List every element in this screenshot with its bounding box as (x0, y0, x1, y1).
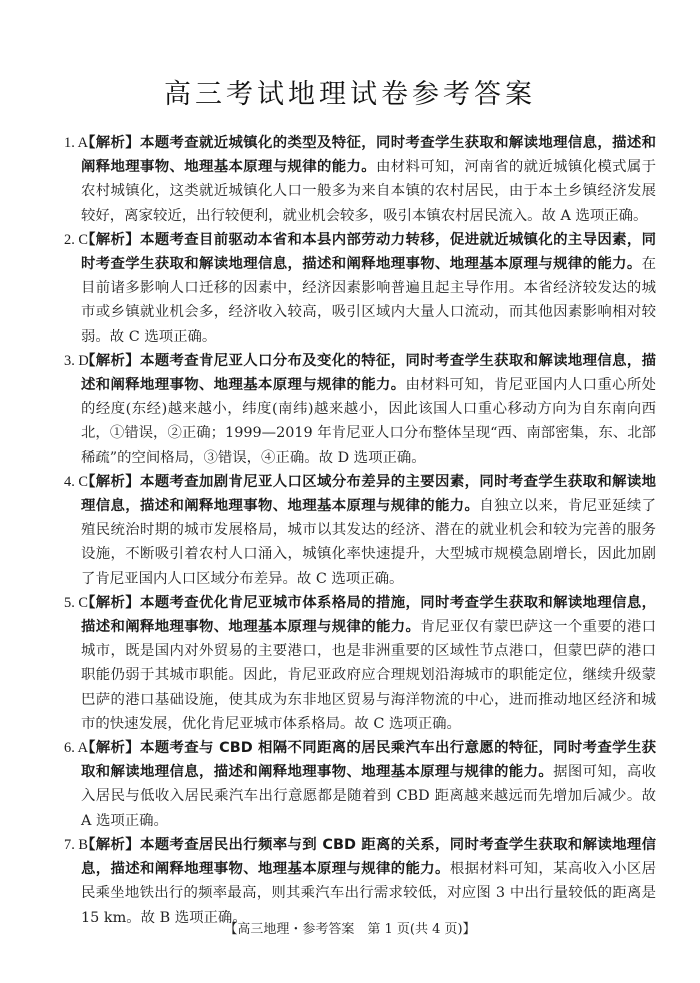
answer-number: 4. C (64, 470, 88, 494)
answer-number: 1. A (64, 131, 88, 155)
answer-item-3: 3. D 【解析】本题考查肯尼亚人口分布及变化的特征，同时考查学生获取和解读地理… (64, 349, 656, 470)
answer-number: 5. C (64, 591, 88, 615)
answer-item-4: 4. C 【解析】本题考查加剧肯尼亚人口区域分布差异的主要因素，同时考查学生获取… (64, 470, 656, 591)
answer-item-7: 7. B 【解析】本题考查居民出行频率与到 CBD 距离的关系，同时考查学生获取… (64, 833, 656, 930)
analysis-body: 肯尼亚仅有蒙巴萨这一个重要的港口城市，既是国内对外贸易的主要港口，也是非洲重要的… (81, 619, 656, 732)
answer-number: 6. A (64, 736, 88, 760)
answer-item-5: 5. C 【解析】本题考查优化肯尼亚城市体系格局的措施，同时考查学生获取和解读地… (64, 591, 656, 736)
answer-item-6: 6. A 【解析】本题考查与 CBD 相隔不同距离的居民乘汽车出行意愿的特征，同… (64, 736, 656, 833)
answer-list: 1. A 【解析】本题考查就近城镇化的类型及特征，同时考查学生获取和解读地理信息… (64, 131, 656, 930)
answer-number: 2. C (64, 228, 88, 252)
answer-item-1: 1. A 【解析】本题考查就近城镇化的类型及特征，同时考查学生获取和解读地理信息… (64, 131, 656, 228)
answer-item-2: 2. C 【解析】本题考查目前驱动本省和本县内部劳动力转移，促进就近城镇化的主导… (64, 228, 656, 349)
answer-number: 3. D (64, 349, 89, 373)
page-footer: 【高三地理・参考答案 第 1 页(共 4 页)】 (0, 918, 700, 937)
analysis-heading: 【解析】本题考查目前驱动本省和本县内部劳动力转移，促进就近城镇化的主导因素，同时… (81, 232, 656, 272)
page-title: 高三考试地理试卷参考答案 (0, 72, 700, 111)
answer-number: 7. B (64, 833, 88, 857)
